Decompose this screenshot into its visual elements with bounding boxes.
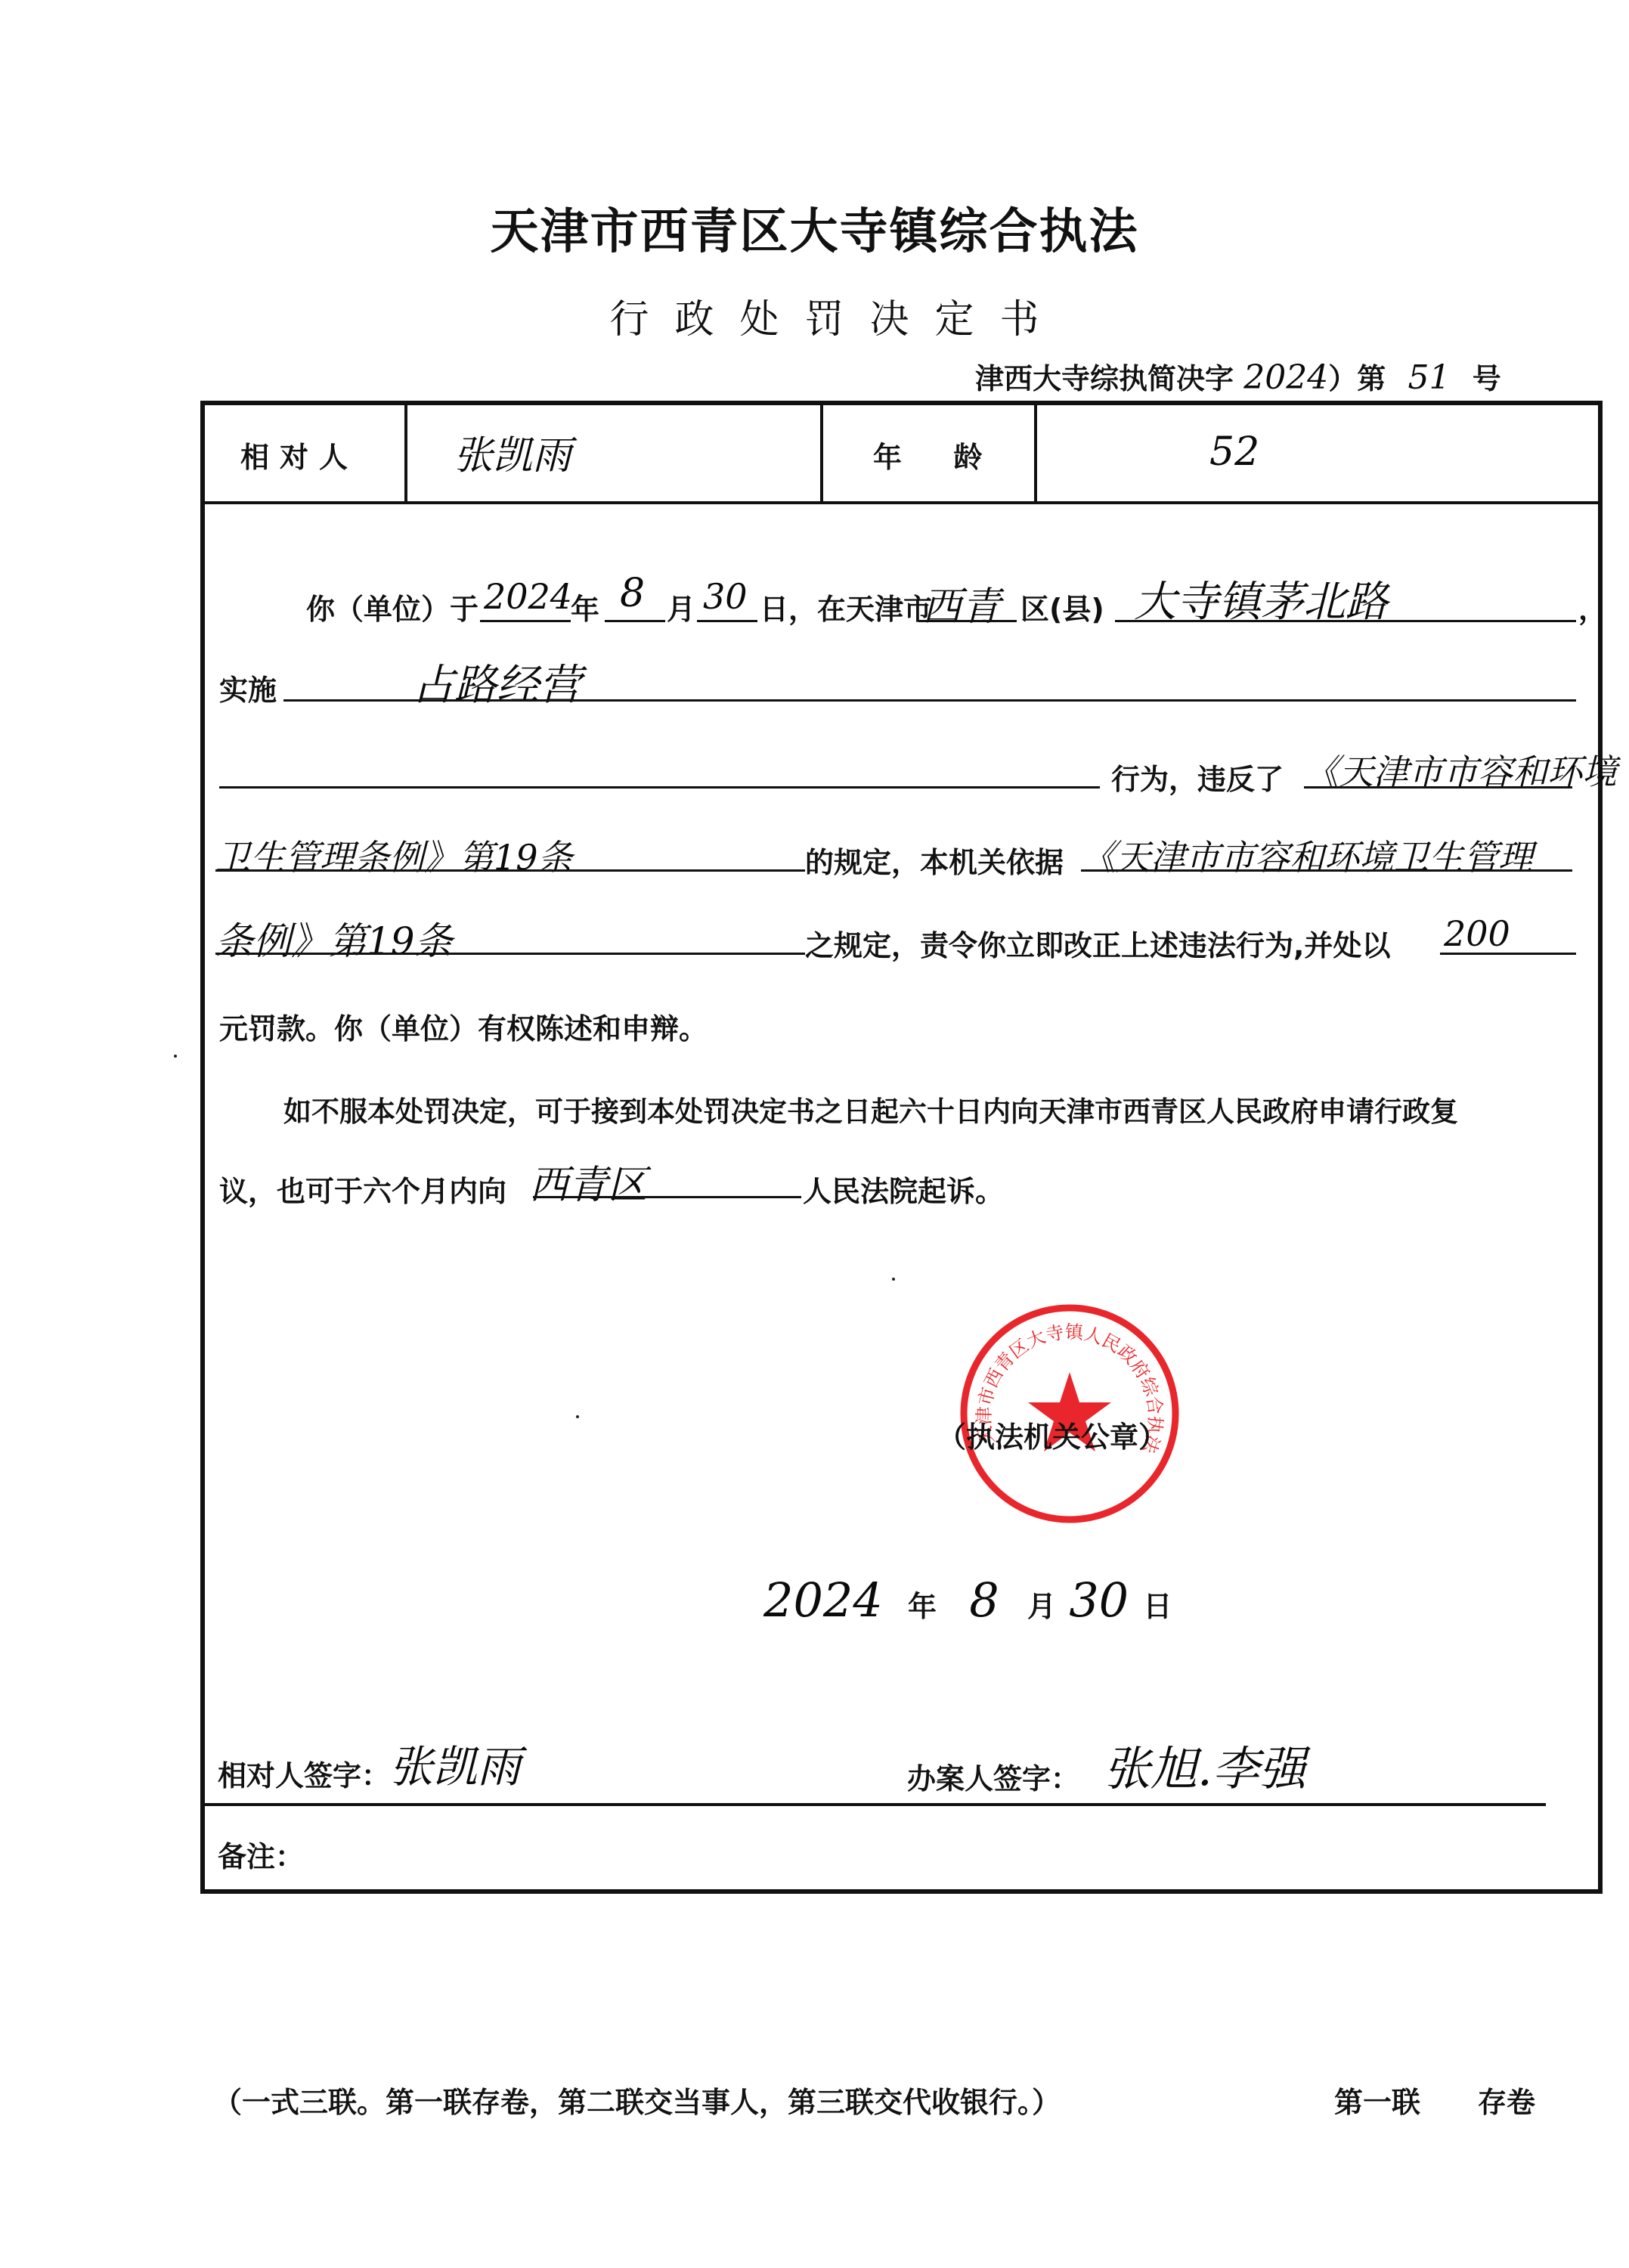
text: ，: [1578, 586, 1607, 627]
date-year: 2024: [763, 1572, 883, 1628]
text: 行为，违反了: [1111, 756, 1284, 798]
divider: [1034, 401, 1037, 503]
party-signature: 张凯雨: [389, 1731, 521, 1795]
text: 区(县): [1020, 586, 1104, 627]
divider: [820, 401, 823, 503]
underline: [605, 620, 665, 622]
act-label: 实施: [219, 667, 277, 708]
violation-month: 8: [620, 571, 645, 616]
officer-signature-label: 办案人签字：: [907, 1755, 1079, 1797]
age-label: 年 龄: [873, 434, 993, 476]
scan-speck: [892, 1278, 895, 1281]
underline: [215, 953, 805, 955]
date-month-label: 月: [1027, 1590, 1056, 1623]
date-day: 30: [1069, 1572, 1129, 1628]
text: 元罚款。你（单位）有权陈述和申辩。: [219, 1005, 708, 1047]
doc-number-mid: ）第: [1328, 362, 1386, 395]
text: 月: [667, 586, 695, 627]
copy-purpose: 存卷: [1478, 2079, 1535, 2121]
violated-law-part-2: 卫生管理条例》第19条: [215, 830, 573, 880]
age-value: 52: [1209, 429, 1259, 475]
party-name-value: 张凯雨: [454, 423, 571, 480]
text: 的规定，本机关依据: [805, 839, 1064, 881]
underline: [480, 620, 571, 622]
violation-act: 占路经营: [412, 652, 581, 712]
copy-label: 第一联: [1334, 2079, 1420, 2121]
underline: [215, 869, 805, 872]
underline: [533, 1196, 801, 1198]
date-day-label: 日: [1143, 1590, 1172, 1623]
body-line-1: 你（单位）于: [306, 586, 478, 627]
date-year-label: 年: [908, 1590, 937, 1623]
text: 你（单位）于: [306, 593, 478, 626]
seal-caption: （执法机关公章）: [937, 1414, 1167, 1455]
text: 日，在天津市: [760, 586, 932, 627]
scan-speck: [174, 1055, 177, 1058]
underline: [918, 620, 1017, 622]
underline: [219, 786, 1100, 789]
decision-date: 2024 年 8 月 30 日: [763, 1572, 1172, 1628]
underline: [1081, 869, 1572, 872]
penalty-basis-part-2: 条例》第19条: [215, 911, 453, 965]
divider: [200, 1803, 1546, 1806]
underline: [1440, 953, 1576, 955]
doc-number-prefix: 津西大寺综执简决字: [975, 362, 1234, 395]
underline: [1304, 786, 1572, 789]
document-number: 津西大寺综执简决字 2024）第 51 号: [975, 355, 1501, 397]
doc-number-handwritten: 51: [1408, 358, 1450, 397]
document-authority-title: 天津市西青区大寺镇综合执法: [0, 193, 1629, 262]
fine-amount: 200: [1444, 913, 1510, 954]
date-month: 8: [969, 1572, 999, 1628]
remarks-label: 备注：: [218, 1833, 304, 1875]
text: 人民法院起诉。: [803, 1168, 1004, 1210]
party-signature-label: 相对人签字：: [218, 1752, 390, 1794]
doc-year-handwritten: 2024: [1243, 358, 1328, 397]
appeal-notice-line-1: 如不服本处罚决定，可于接到本处罚决定书之日起六十日内向天津市西青区人民政府申请行…: [283, 1089, 1458, 1129]
copies-note: （一式三联。第一联存卷，第二联交当事人，第三联交代收银行。）: [213, 2079, 1061, 2121]
officer-signature: 张旭.李强: [1104, 1731, 1306, 1799]
penalty-basis-part-1: 《天津市市容和环境卫生管理: [1081, 830, 1533, 880]
court-district: 西青区: [529, 1153, 647, 1210]
divider: [200, 501, 1603, 504]
party-name-label: 相对人: [240, 434, 358, 476]
document-type-title: 行政处罚决定书: [0, 287, 1629, 344]
underline: [283, 699, 1576, 702]
violation-day: 30: [703, 576, 748, 617]
underline: [697, 620, 757, 622]
violation-year: 2024: [484, 576, 572, 617]
text: 议，也可于六个月内向: [219, 1168, 506, 1210]
text: 年: [571, 586, 599, 627]
divider: [404, 401, 407, 503]
underline: [1115, 620, 1576, 622]
doc-number-suffix: 号: [1473, 362, 1501, 395]
scan-speck: [576, 1415, 579, 1418]
violation-district: 西青: [922, 575, 1001, 631]
text: 之规定，责令你立即改正上述违法行为,并处以: [805, 922, 1390, 964]
